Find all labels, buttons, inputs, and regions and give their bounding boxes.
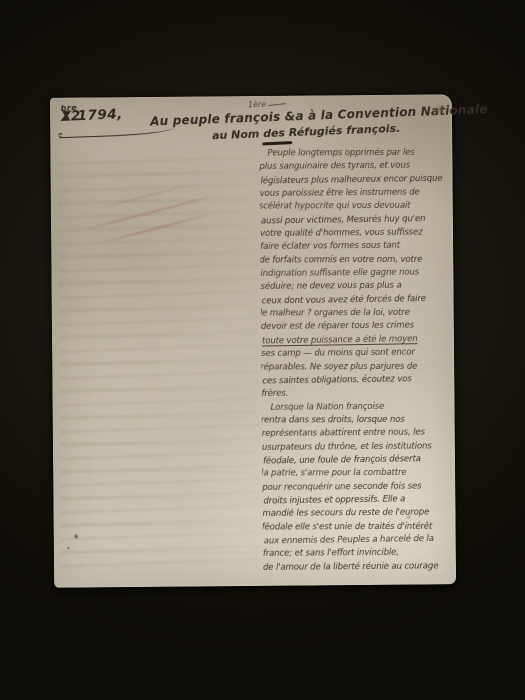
manuscript-text-column: Peuple longtemps opprimés par lesplus sa…	[259, 146, 455, 578]
photograph: 1ère 12 Xbre 1794, e Au peuple françois …	[0, 0, 525, 700]
manuscript-line: ses camp — du moins qui sont encor	[261, 346, 453, 361]
manuscript-line: la patrie, s'arme pour la combattre	[261, 467, 454, 481]
manuscript-line: Peuple longtemps opprimés par les	[259, 147, 451, 161]
manuscript-line: le malheur ? organes de la loi, votre	[260, 307, 453, 321]
ink-spot	[67, 547, 70, 550]
date-heading: 12 Xbre 1794,	[61, 108, 78, 125]
manuscript-line: de forfaits commis en votre nom, votre	[259, 253, 452, 267]
manuscript-line: faire éclater vos formes sous tant	[260, 240, 452, 255]
title-heavy-underline	[262, 141, 292, 146]
foxing-stain	[432, 102, 448, 116]
ink-spot	[74, 534, 79, 540]
manuscript-line: Lorsque la Nation françoise	[262, 400, 454, 415]
manuscript-line: de l'amour de la liberté réunie au coura…	[263, 560, 455, 575]
manuscript-line: mandié les secours du reste de l'europe	[262, 507, 454, 522]
manuscript-page: 1ère 12 Xbre 1794, e Au peuple françois …	[50, 94, 456, 587]
manuscript-line: rentra dans ses droits, lorsque nos	[261, 414, 454, 428]
page-marker: 1ère	[248, 100, 267, 110]
date-year: 1794,	[77, 106, 123, 124]
foxing-stain	[406, 515, 412, 520]
date-month-suffix: bre	[60, 103, 77, 113]
date-flourish-tail: e	[58, 131, 62, 139]
